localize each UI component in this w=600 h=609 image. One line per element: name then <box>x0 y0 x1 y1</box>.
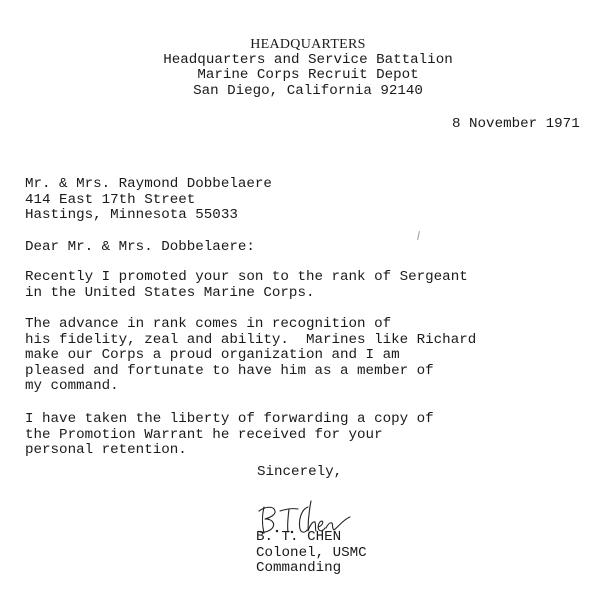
body-paragraph-3: I have taken the liberty of forwarding a… <box>25 412 434 459</box>
body-line: personal retention. <box>25 443 434 459</box>
letterhead: HEADQUARTERS Headquarters and Service Ba… <box>0 37 600 99</box>
letterhead-location: San Diego, California 92140 <box>0 84 600 100</box>
signer-name: B. T. CHEN <box>256 530 367 546</box>
letter-date: 8 November 1971 <box>452 117 580 133</box>
salutation: Dear Mr. & Mrs. Dobbelaere: <box>25 240 255 256</box>
letterhead-depot: Marine Corps Recruit Depot <box>0 68 600 84</box>
body-line: I have taken the liberty of forwarding a… <box>25 412 434 428</box>
letterhead-unit: Headquarters and Service Battalion <box>0 53 600 69</box>
body-line: the Promotion Warrant he received for yo… <box>25 428 434 444</box>
body-line: Recently I promoted your son to the rank… <box>25 270 468 286</box>
letterhead-title: HEADQUARTERS <box>0 37 600 53</box>
recipient-city: Hastings, Minnesota 55033 <box>25 208 272 224</box>
paper-mark <box>417 231 420 240</box>
recipient-street: 414 East 17th Street <box>25 193 272 209</box>
body-line: in the United States Marine Corps. <box>25 286 468 302</box>
body-paragraph-1: Recently I promoted your son to the rank… <box>25 270 468 301</box>
recipient-name: Mr. & Mrs. Raymond Dobbelaere <box>25 177 272 193</box>
signer-rank: Colonel, USMC <box>256 546 367 562</box>
body-line: my command. <box>25 379 476 395</box>
signer-title: Commanding <box>256 561 367 577</box>
signer-block: B. T. CHEN Colonel, USMC Commanding <box>256 530 367 577</box>
body-paragraph-2: The advance in rank comes in recognition… <box>25 317 476 395</box>
body-line: The advance in rank comes in recognition… <box>25 317 476 333</box>
body-line: pleased and fortunate to have him as a m… <box>25 364 476 380</box>
body-line: make our Corps a proud organization and … <box>25 348 476 364</box>
recipient-address: Mr. & Mrs. Raymond Dobbelaere 414 East 1… <box>25 177 272 224</box>
closing: Sincerely, <box>257 465 342 481</box>
body-line: his fidelity, zeal and ability. Marines … <box>25 333 476 349</box>
